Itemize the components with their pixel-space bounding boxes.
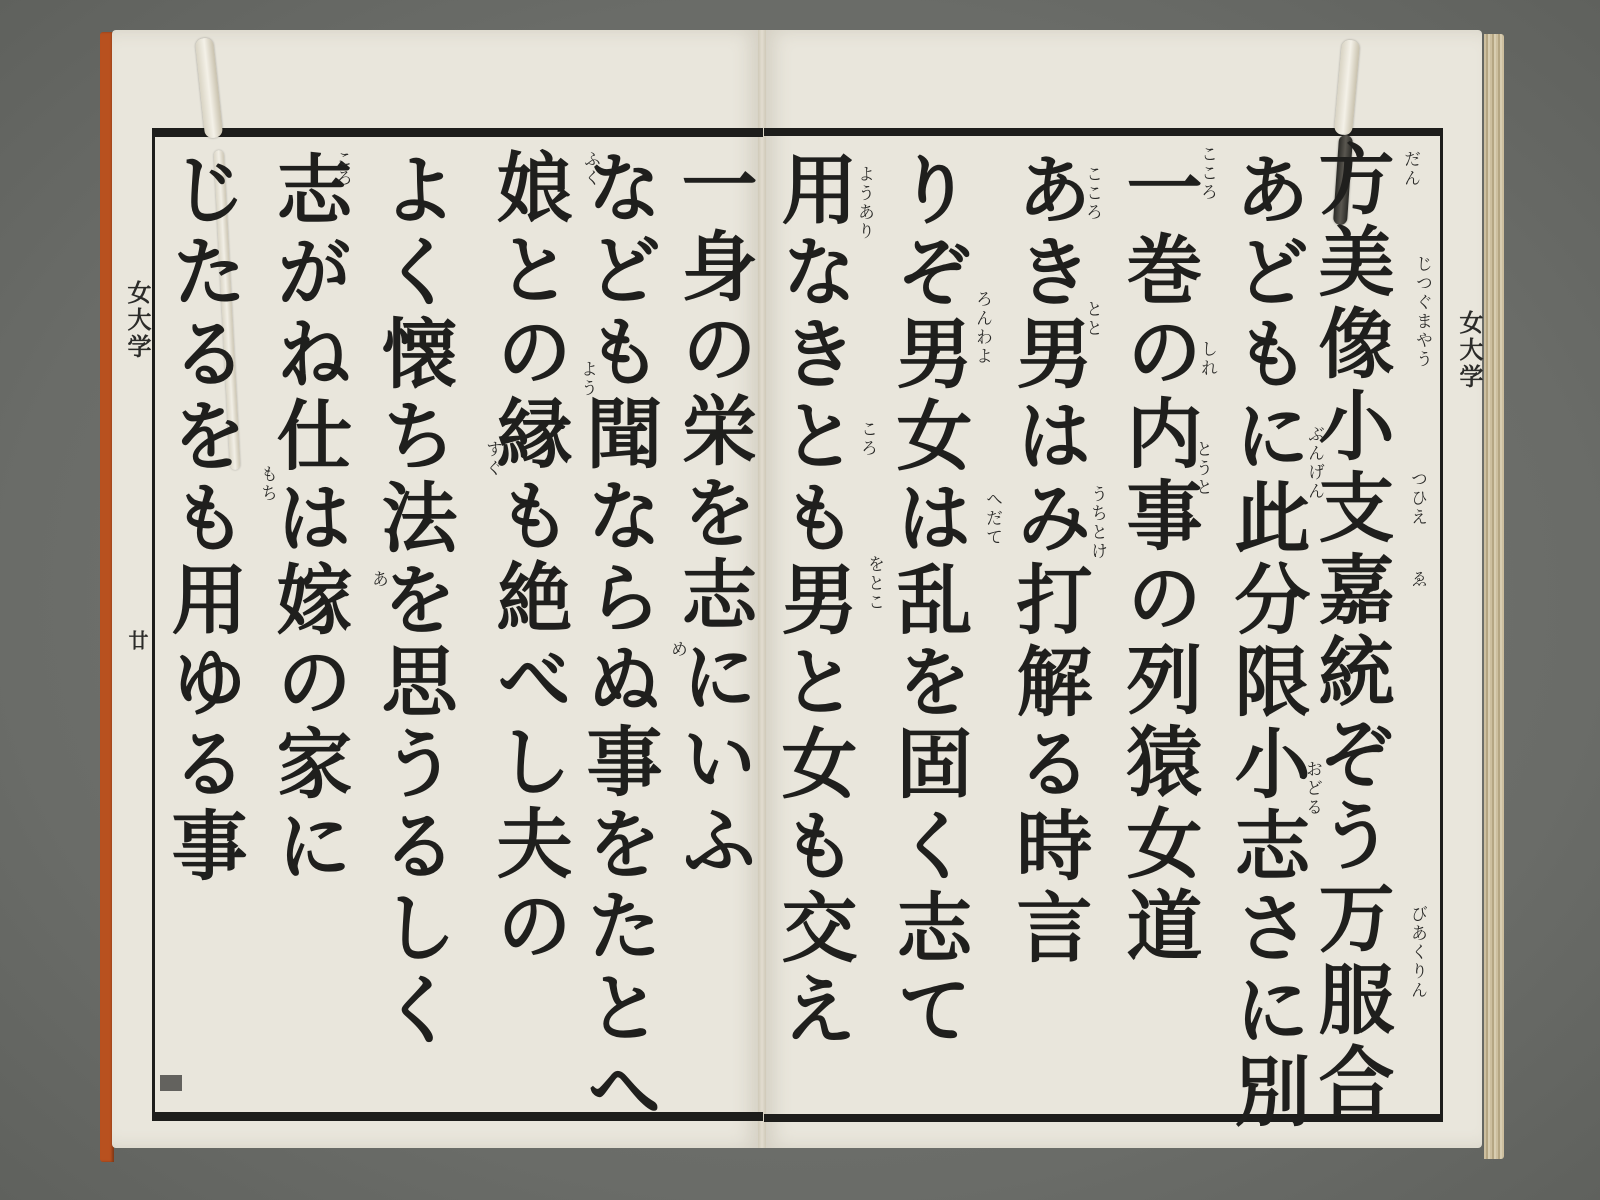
text-column: じたるをも用ゆる事 — [165, 150, 241, 888]
furigana: こころ — [1080, 165, 1105, 222]
left-margin-title: 女大学 — [120, 280, 155, 361]
text-column: あき男はみ打解る時言 — [1010, 150, 1086, 970]
furigana: あ — [366, 570, 391, 589]
furigana: よう — [575, 360, 600, 398]
text-column: 一身の栄を志にいふ — [675, 145, 751, 883]
text-column: あどもに此分限小志さに別 — [1228, 150, 1304, 1134]
text-column: 一巻の内事の列猿女道 — [1120, 148, 1196, 968]
block-corner-mark — [160, 1075, 182, 1091]
text-column: 方美像小支嘉統ぞう万服合 — [1312, 140, 1388, 1124]
text-column: なども聞ならぬ事をたとへ — [580, 148, 656, 1132]
text-column: よく懐ち法を思うるしく — [375, 150, 451, 1052]
furigana: しれ — [1195, 340, 1220, 378]
furigana: じつぐまやう — [1410, 255, 1435, 369]
furigana: へだて — [980, 490, 1005, 547]
text-column: りぞ男女は乱を固く志て — [890, 150, 966, 1052]
furigana: だん — [1398, 150, 1423, 188]
furigana: ようあり — [852, 165, 877, 241]
text-column: 娘との縁も絶べし夫の — [490, 148, 566, 968]
furigana: つひえ — [1405, 470, 1430, 527]
furigana: こころ — [1195, 145, 1220, 202]
furigana: ぶんげん — [1302, 425, 1327, 501]
furigana: をとこ — [862, 555, 887, 612]
furigana: ころ — [330, 150, 355, 188]
furigana: とうと — [1190, 440, 1215, 497]
furigana: ころ — [855, 420, 880, 458]
text-column: 用なきとも男と女も交え — [775, 150, 851, 1052]
right-margin-title: 女大学 — [1452, 310, 1487, 391]
furigana: びあくりん — [1405, 905, 1430, 1000]
furigana: すぐ — [480, 440, 505, 478]
furigana: うちとけ — [1085, 485, 1110, 561]
furigana: もち — [255, 465, 280, 503]
furigana: おどる — [1300, 760, 1325, 817]
furigana: ゑ — [1405, 570, 1430, 589]
folio-number: 廿 — [123, 630, 152, 650]
furigana: ふく — [578, 150, 603, 188]
furigana: とと — [1080, 300, 1105, 338]
furigana: ろんわよ — [970, 290, 995, 366]
text-column: 志がね仕は嫁の家に — [270, 150, 346, 888]
page-stack-edge — [1484, 34, 1504, 1159]
furigana: め — [665, 640, 690, 659]
